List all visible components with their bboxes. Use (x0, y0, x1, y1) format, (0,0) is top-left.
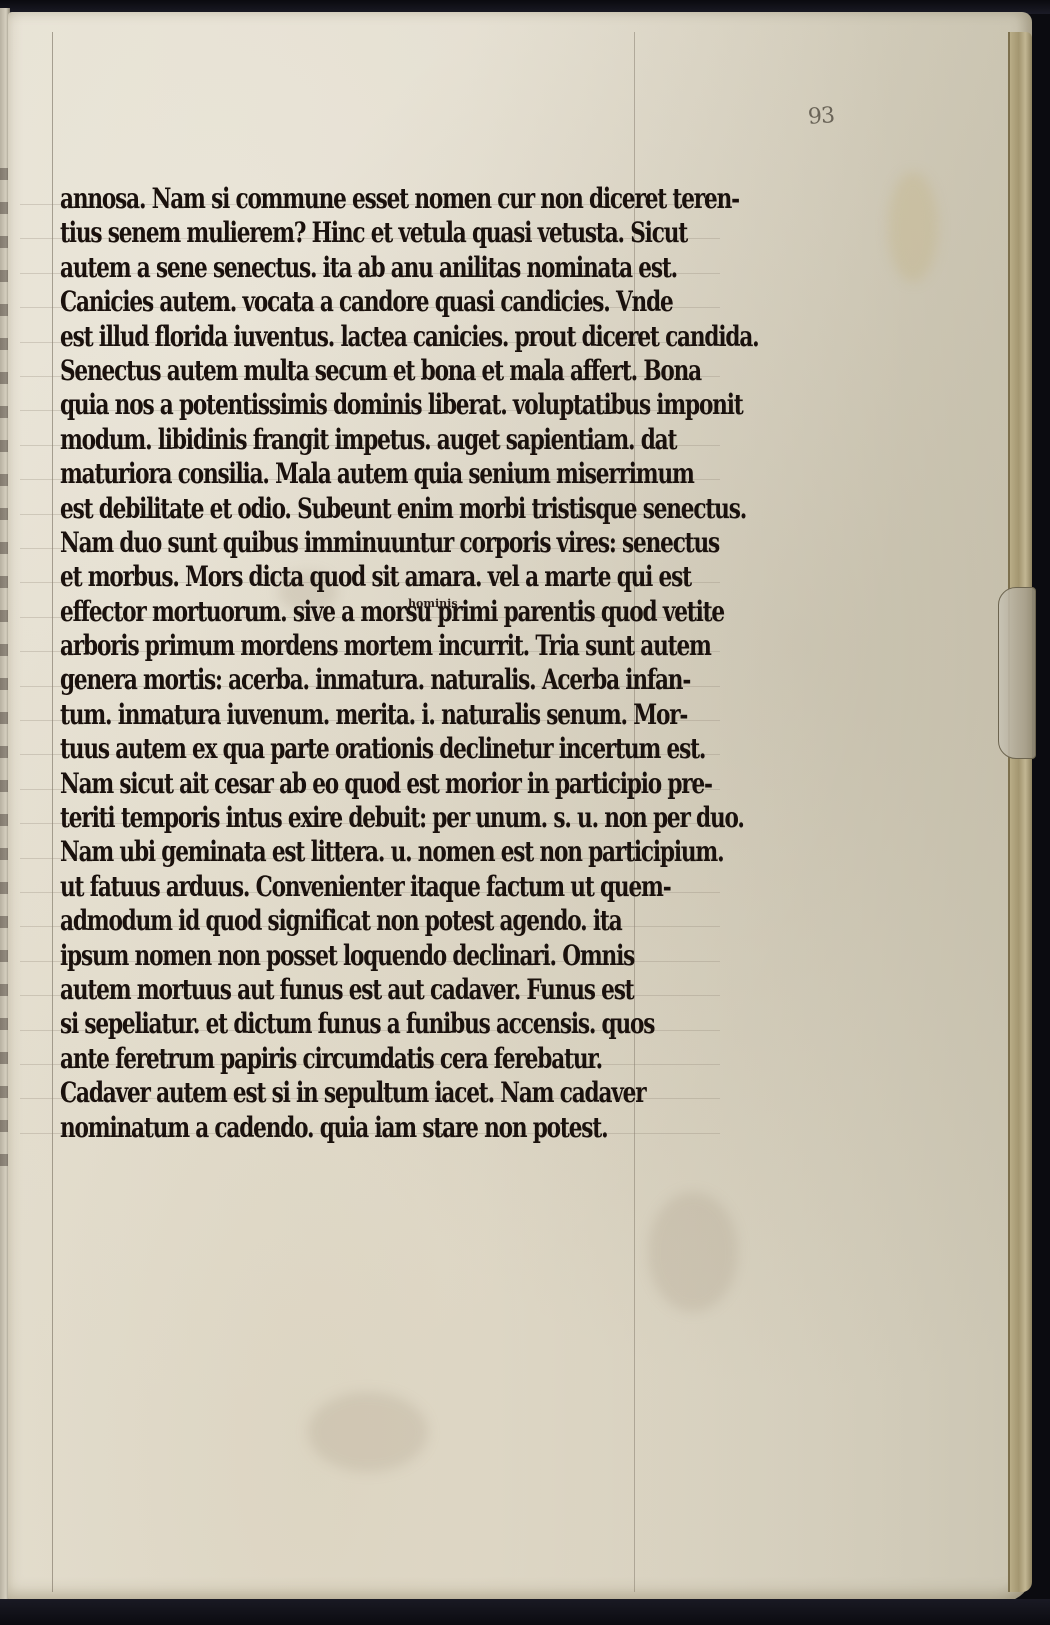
text-line: effector mortuorum. sive a morsu primi p… (60, 595, 670, 629)
text-line: teriti temporis intus exire debuit: per … (60, 801, 670, 835)
text-line: autem a sene senectus. ita ab anu anilit… (60, 251, 670, 285)
text-line: ut fatuus arduus. Convenienter itaque fa… (60, 870, 670, 904)
text-line: autem mortuus aut funus est aut cadaver.… (60, 973, 670, 1007)
page-clip-tab (998, 587, 1036, 759)
text-line: Cadaver autem est si in sepultum iacet. … (60, 1076, 670, 1110)
parchment-stain (648, 1192, 738, 1312)
text-line: et morbus. Mors dicta quod sit amara. ve… (60, 560, 670, 594)
text-line: Nam duo sunt quibus imminuuntur corporis… (60, 526, 670, 560)
main-text-column: annosa. Nam si commune esset nomen cur n… (60, 182, 670, 1145)
text-line: Nam sicut ait cesar ab eo quod est morio… (60, 767, 670, 801)
text-line: est illud florida iuventus. lactea canic… (60, 320, 670, 354)
text-line: tuus autem ex qua parte orationis declin… (60, 732, 670, 766)
text-line: nominatum a cadendo. quia iam stare non … (60, 1111, 670, 1145)
parchment-stain (888, 172, 938, 282)
text-line: si sepeliatur. et dictum funus a funibus… (60, 1007, 670, 1041)
text-line: admodum id quod significat non potest ag… (60, 904, 670, 938)
fore-edge (1008, 32, 1032, 1592)
text-line: modum. libidinis frangit impetus. auget … (60, 423, 670, 457)
manuscript-scan: 93 hominis annosa. Nam si commune esset … (0, 0, 1050, 1625)
binding-bottom-edge (0, 1599, 1050, 1625)
text-line: Canicies autem. vocata a candore quasi c… (60, 285, 670, 319)
text-line: genera mortis: acerba. inmatura. natural… (60, 663, 670, 697)
text-line: arboris primum mordens mortem incurrit. … (60, 629, 670, 663)
ruling-line-left (52, 32, 53, 1592)
text-line: ipsum nomen non posset loquendo declinar… (60, 939, 670, 973)
parchment-stain (308, 1392, 428, 1472)
adjacent-page-text-edge (0, 168, 8, 1168)
text-line: quia nos a potentissimis dominis liberat… (60, 388, 670, 422)
text-line: tius senem mulierem? Hinc et vetula quas… (60, 216, 670, 250)
folio-number: 93 (807, 103, 835, 130)
text-line: Nam ubi geminata est littera. u. nomen e… (60, 835, 670, 869)
text-line: maturiora consilia. Mala autem quia seni… (60, 457, 670, 491)
text-line: ante feretrum papiris circumdatis cera f… (60, 1042, 670, 1076)
manuscript-folio: 93 hominis annosa. Nam si commune esset … (8, 12, 1032, 1602)
text-line: Senectus autem multa secum et bona et ma… (60, 354, 670, 388)
text-line: tum. inmatura iuvenum. merita. i. natura… (60, 698, 670, 732)
text-line: est debilitate et odio. Subeunt enim mor… (60, 492, 670, 526)
text-line: annosa. Nam si commune esset nomen cur n… (60, 182, 670, 216)
